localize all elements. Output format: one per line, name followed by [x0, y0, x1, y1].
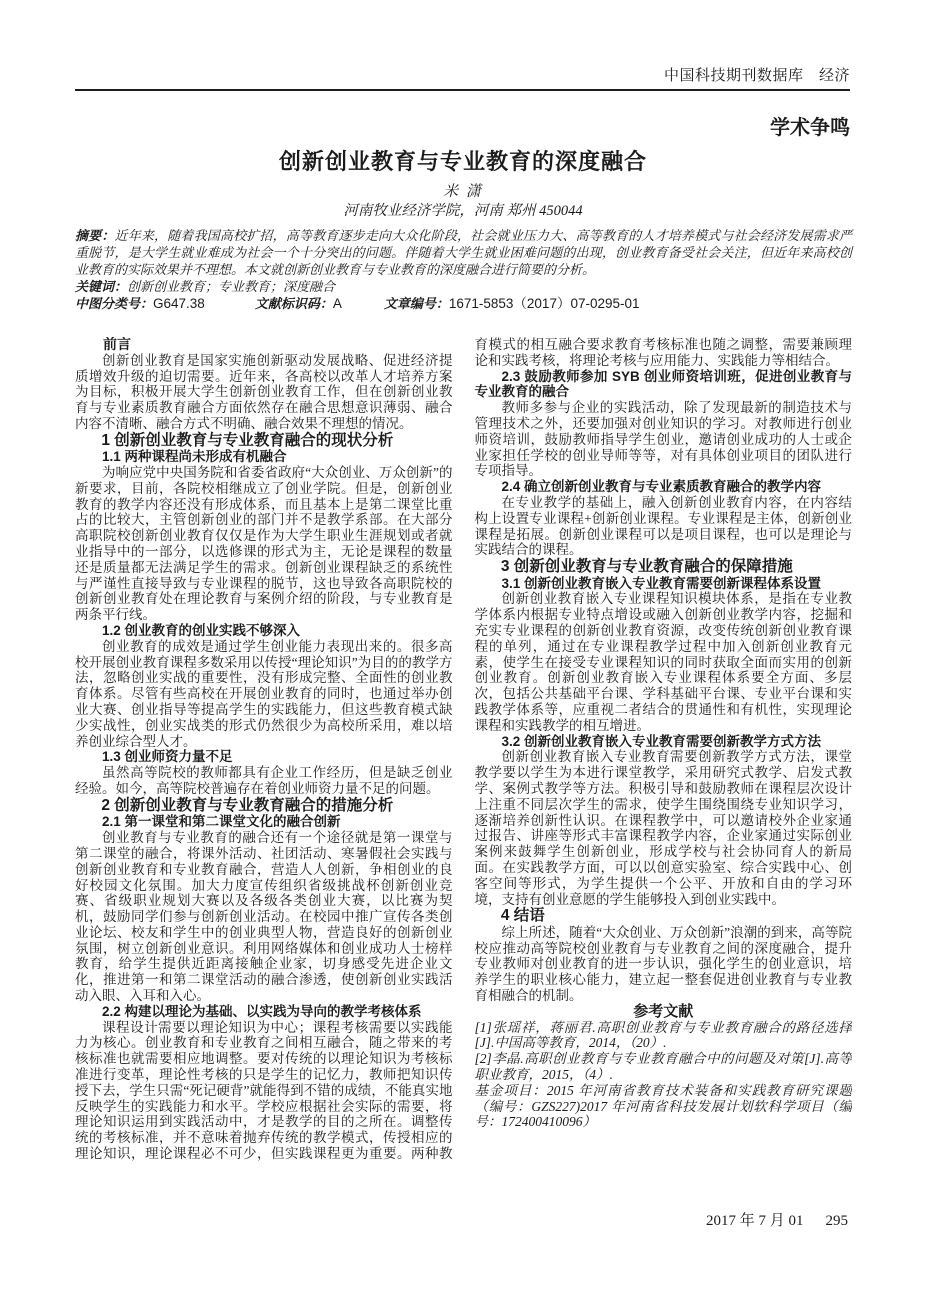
subsection-heading: 3.2 创新创业教育嵌入专业教育需要创新教学方式方法 — [475, 734, 853, 750]
journal-page: 中国科技期刊数据库 经济 学术争鸣 创新创业教育与专业教育的深度融合 米 潇 河… — [0, 0, 926, 1309]
section-heading: 2 创新创业教育与专业教育融合的措施分析 — [75, 797, 453, 815]
article-number-value: 1671-5853（2017）07-0295-01 — [449, 296, 640, 311]
article-meta: 摘要：近年来，随着我国高校扩招，高等教育逐步走向大众化阶段，社会就业压力大、高等… — [75, 227, 852, 312]
subsection-heading: 1.3 创业师资力量不足 — [75, 749, 453, 765]
body-paragraph: 创业教育的成效是通过学生创业能力表现出来的。很多高校开展创业教育课程多数采用以传… — [75, 639, 453, 750]
subsection-heading: 2.1 第一课堂和第二课堂文化的融合创新 — [75, 814, 453, 830]
document-code-value: A — [333, 296, 342, 311]
keywords-label: 关键词： — [75, 279, 127, 294]
section-heading: 1 创新创业教育与专业教育融合的现状分析 — [75, 432, 453, 450]
body-paragraph: 创新创业教育嵌入专业教育需要创新教学方式方法，课堂教学要以学生为本进行课堂教学，… — [475, 749, 853, 907]
article-number-label: 文章编号： — [384, 296, 449, 311]
body-paragraph: 创新创业教育是国家实施创新驱动发展战略、促进经济提质增效升级的迫切需要。近年来，… — [75, 353, 453, 432]
abstract: 摘要：近年来，随着我国高校扩招，高等教育逐步走向大众化阶段，社会就业压力大、高等… — [75, 227, 852, 278]
abstract-label: 摘要： — [75, 228, 115, 243]
preface-heading: 前言 — [75, 337, 453, 353]
article-number: 文章编号：1671-5853（2017）07-0295-01 — [384, 296, 640, 311]
clc-value: G647.38 — [153, 296, 205, 311]
database-label: 中国科技期刊数据库 经济 — [664, 67, 850, 84]
subsection-heading: 2.3 鼓励教师参加 SYB 创业师资培训班，促进创业教育与专业教育的融合 — [475, 369, 853, 401]
subsection-heading: 2.2 构建以理论为基础、以实践为导向的教学考核体系 — [75, 1004, 453, 1020]
article-title: 创新创业教育与专业教育的深度融合 — [0, 145, 926, 176]
keywords: 关键词：创新创业教育；专业教育；深度融合 — [75, 278, 852, 295]
subsection-heading: 1.2 创业教育的创业实践不够深入 — [75, 623, 453, 639]
subsection-heading: 3.1 创新创业教育嵌入专业教育需要创新课程体系设置 — [475, 576, 853, 592]
reference-item: [1]张瑶祥，蒋丽君.高职创业教育与专业教育融合的路径选择[J].中国高等教育，… — [475, 1020, 853, 1052]
references-heading: 参考文献 — [475, 1004, 853, 1020]
article-body: 前言创新创业教育是国家实施创新驱动发展战略、促进经济提质增效升级的迫切需要。近年… — [75, 337, 852, 1169]
section-heading: 3 创新创业教育与专业教育融合的保障措施 — [475, 558, 853, 576]
body-paragraph: 为响应党中央国务院和省委省政府“大众创业、万众创新”的新要求，目前，各院校相继成… — [75, 465, 453, 623]
document-code: 文献标识码：A — [255, 296, 342, 311]
subsection-heading: 2.4 确立创新创业教育与专业素质教育融合的教学内容 — [475, 479, 853, 495]
reference-item: [2]李晶.高职创业教育与专业教育融合中的问题及对策[J].高等职业教育，201… — [475, 1051, 853, 1083]
section-heading: 4 结语 — [475, 907, 853, 925]
body-paragraph: 教师多参与企业的实践活动，除了发现最新的制造技术与管理技术之外，还要加强对创业知… — [475, 400, 853, 479]
page-number: 295 — [826, 1213, 849, 1229]
body-paragraph: 综上所述，随着“大众创业、万众创新”浪潮的到来，高等院校应推动高等院校创业教育与… — [475, 925, 853, 1004]
column-section-label: 学术争鸣 — [770, 111, 850, 140]
classification-row: 中图分类号：G647.38文献标识码：A文章编号：1671-5853（2017）… — [75, 295, 852, 312]
document-code-label: 文献标识码： — [255, 296, 333, 311]
page-header: 中国科技期刊数据库 经济 — [75, 0, 850, 90]
body-paragraph: 创业教育与专业教育的融合还有一个途径就是第一课堂与第二课堂的融合，将课外活动、社… — [75, 830, 453, 1004]
body-paragraph: 创新创业教育嵌入专业课程知识模块体系，是指在专业教学体系内根据专业特点增设或融入… — [475, 591, 853, 733]
issue-date: 2017 年 7 月 01 — [706, 1213, 804, 1229]
page-footer: 2017 年 7 月 01295 — [706, 1209, 848, 1230]
clc-label: 中图分类号： — [75, 296, 153, 311]
article-author: 米 潇 — [0, 180, 926, 201]
abstract-text: 近年来，随着我国高校扩招，高等教育逐步走向大众化阶段，社会就业压力大、高等教育的… — [75, 228, 852, 277]
body-paragraph: 虽然高等院校的教师都具有企业工作经历，但是缺乏创业经验。如今，高等院校普遍存在着… — [75, 765, 453, 797]
keywords-text: 创新创业教育；专业教育；深度融合 — [127, 279, 335, 294]
clc-number: 中图分类号：G647.38 — [75, 296, 205, 311]
article-affiliation: 河南牧业经济学院，河南 郑州 450044 — [0, 199, 926, 220]
header-rule — [75, 89, 850, 91]
subsection-heading: 1.1 两种课程尚未形成有机融合 — [75, 449, 453, 465]
fund-note: 基金项目：2015 年河南省教育技术装备和实践教育研究课题（编号：GZS227)… — [475, 1083, 853, 1130]
body-paragraph: 在专业教学的基础上，融入创新创业教育内容，在内容结构上设置专业课程+创新创业课程… — [475, 495, 853, 558]
